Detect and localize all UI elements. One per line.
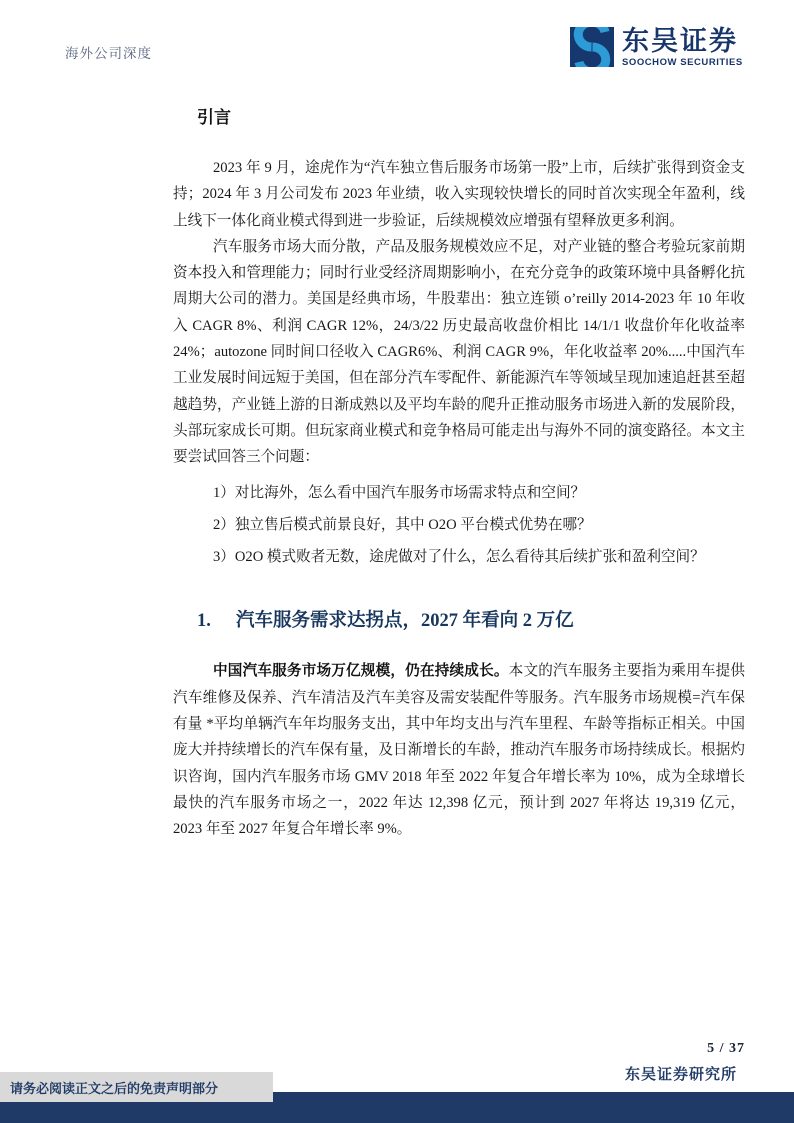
document-body: 引言 2023 年 9 月，途虎作为“汽车独立售后服务市场第一股”上市，后续扩张… — [173, 107, 745, 843]
report-page: 海外公司深度 东吴证券 SOOCHOW SECURITIES 引言 2023 年… — [0, 0, 794, 1123]
disclaimer-box: 请务必阅读正文之后的免责声明部分 — [0, 1072, 273, 1102]
section-1-heading: 1. 汽车服务需求达拐点，2027 年看向 2 万亿 — [197, 608, 745, 635]
intro-paragraph-2: 汽车服务市场大而分散，产品及服务规模效应不足，对产业链的整合考验玩家前期资本投入… — [173, 234, 745, 471]
intro-heading: 引言 — [197, 107, 745, 129]
section-1-paragraph: 中国汽车服务市场万亿规模，仍在持续成长。本文的汽车服务主要指为乘用车提供汽车维修… — [173, 658, 745, 842]
brand-logo-block: 东吴证券 SOOCHOW SECURITIES — [570, 27, 743, 68]
question-item-1: 1）对比海外，怎么看中国汽车服务市场需求特点和空间？ — [173, 480, 745, 506]
report-category-label: 海外公司深度 — [65, 42, 152, 62]
section-1-number: 1. — [197, 608, 236, 635]
section-1-lead-bold: 中国汽车服务市场万亿规模，仍在持续成长。 — [213, 663, 509, 679]
brand-name-cn: 东吴证券 — [622, 27, 743, 55]
section-1-body-text: 本文的汽车服务主要指为乘用车提供汽车维修及保养、汽车清洁及汽车美容及需安装配件等… — [173, 663, 745, 837]
intro-paragraph-1: 2023 年 9 月，途虎作为“汽车独立售后服务市场第一股”上市，后续扩张得到资… — [173, 155, 745, 234]
question-item-3: 3）O2O 模式败者无数，途虎做对了什么，怎么看待其后续扩张和盈利空间？ — [173, 544, 745, 570]
soochow-logo-icon — [570, 27, 614, 67]
research-institute-label: 东吴证券研究所 — [625, 1063, 737, 1084]
brand-name-en: SOOCHOW SECURITIES — [622, 57, 743, 68]
brand-text: 东吴证券 SOOCHOW SECURITIES — [622, 27, 743, 68]
section-1-title: 汽车服务需求达拐点，2027 年看向 2 万亿 — [236, 608, 574, 635]
disclaimer-text: 请务必阅读正文之后的免责声明部分 — [0, 1078, 218, 1097]
question-item-2: 2）独立售后模式前景良好，其中 O2O 平台模式优势在哪？ — [173, 512, 745, 538]
page-number: 5 / 37 — [707, 1041, 745, 1057]
